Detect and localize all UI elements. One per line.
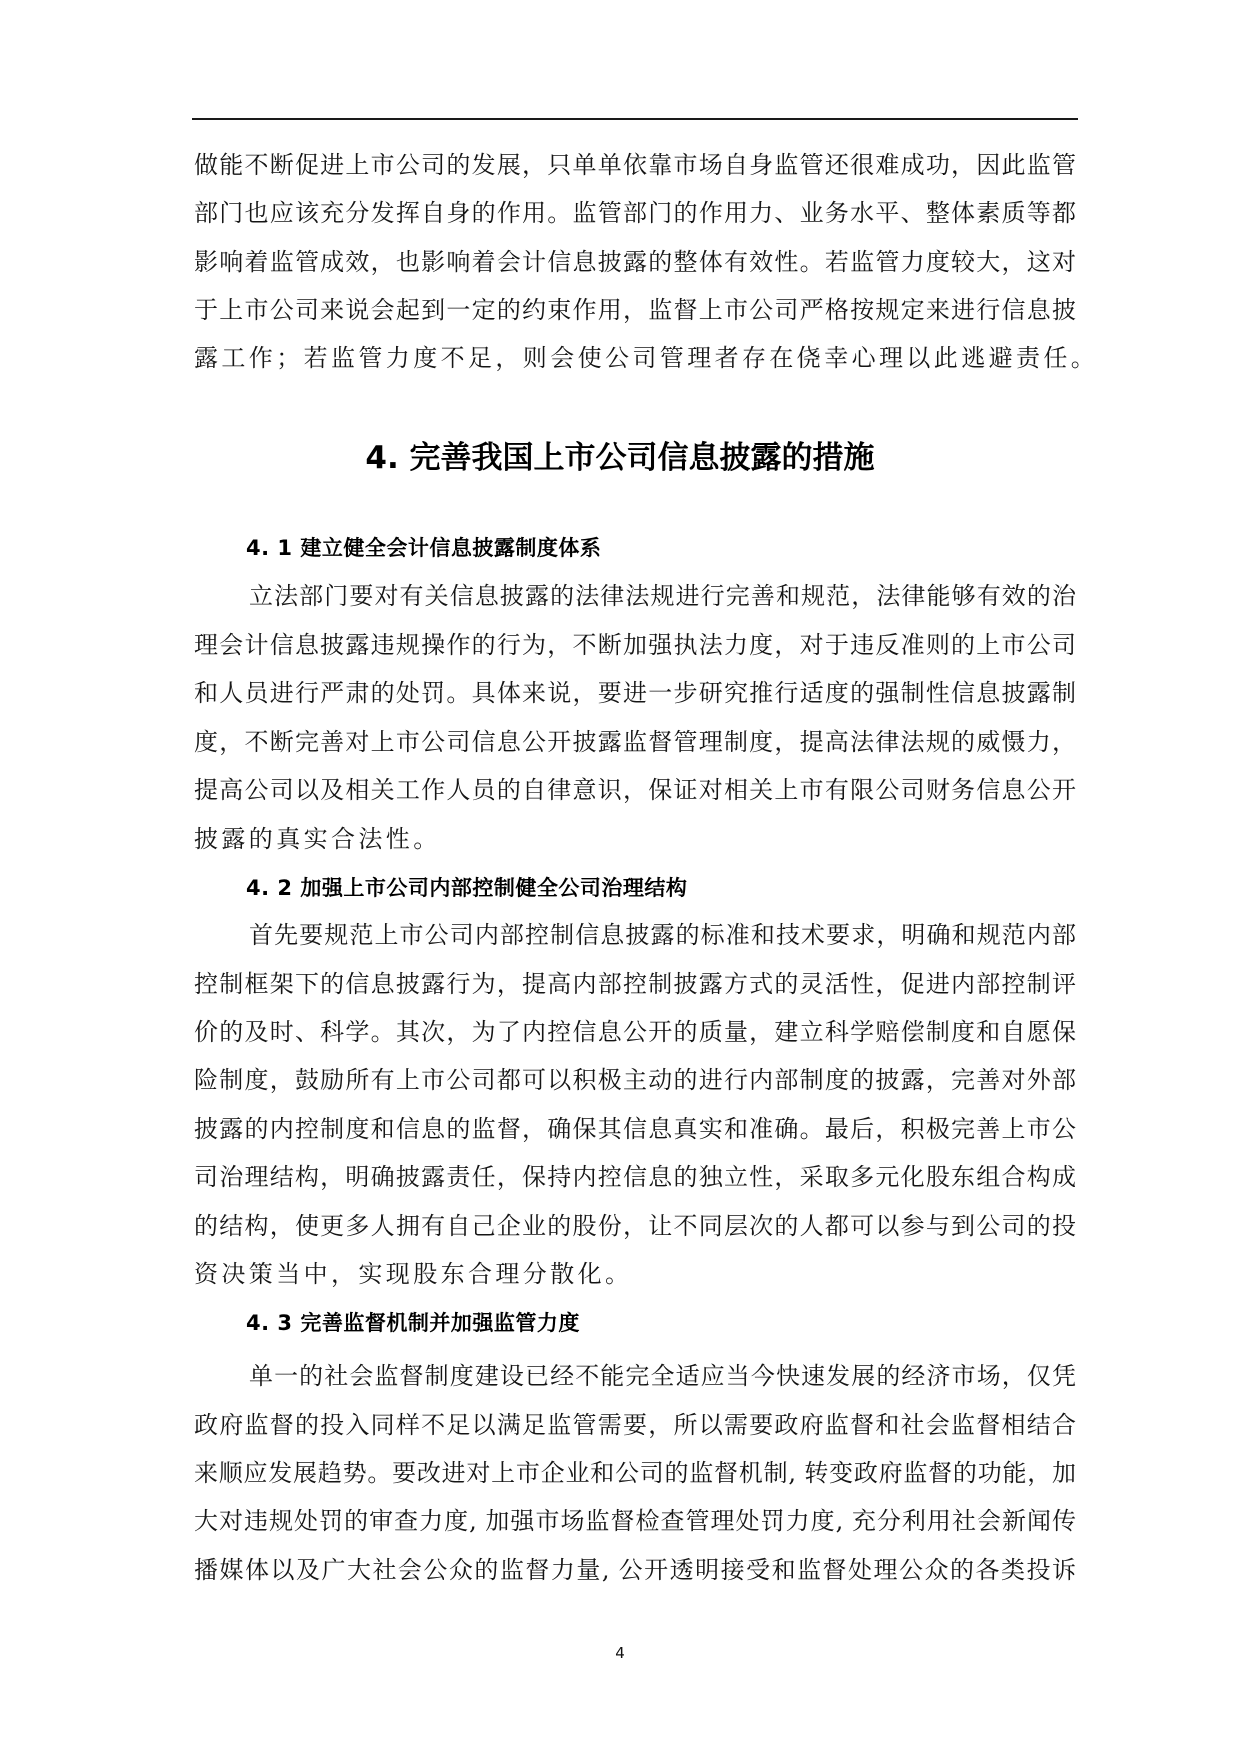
body-line: 度，不断完善对上市公司信息公开披露监督管理制度，提高法律法规的威慑力， [194,726,1076,758]
body-line: 理会计信息披露违规操作的行为，不断加强执法力度，对于违反准则的上市公司 [194,629,1076,661]
body-line: 立法部门要对有关信息披露的法律法规进行完善和规范，法律能够有效的治 [249,580,1076,612]
body-line: 首先要规范上市公司内部控制信息披露的标准和技术要求，明确和规范内部 [249,919,1076,951]
section-heading: 4. 2 加强上市公司内部控制健全公司治理结构 [246,873,687,903]
body-line: 来顺应发展趋势。要改进对上市企业和公司的监督机制, 转变政府监督的功能，加 [194,1457,1076,1489]
body-line: 和人员进行严肃的处罚。具体来说，要进一步研究推行适度的强制性信息披露制 [194,677,1076,709]
body-line: 播媒体以及广大社会公众的监督力量, 公开透明接受和监督处理公众的各类投诉 [194,1554,1076,1586]
body-line: 披露的内控制度和信息的监督，确保其信息真实和准确。最后，积极完善上市公 [194,1113,1076,1145]
body-line: 影响着监管成效，也影响着会计信息披露的整体有效性。若监管力度较大，这对 [194,246,1076,278]
body-line: 司治理结构，明确披露责任，保持内控信息的独立性，采取多元化股东组合构成 [194,1161,1076,1193]
body-line: 露工作；若监管力度不足，则会使公司管理者存在侥幸心理以此逃避责任。 [194,342,1098,374]
body-line: 于上市公司来说会起到一定的约束作用，监督上市公司严格按规定来进行信息披 [194,294,1076,326]
body-line: 价的及时、科学。其次，为了内控信息公开的质量，建立科学赔偿制度和自愿保 [194,1016,1076,1048]
header-rule [192,118,1078,120]
body-line: 部门也应该充分发挥自身的作用。监管部门的作用力、业务水平、整体素质等都 [194,197,1076,229]
body-line: 大对违规处罚的审查力度, 加强市场监督检查管理处罚力度, 充分利用社会新闻传 [194,1505,1076,1537]
body-line: 的结构，使更多人拥有自己企业的股份，让不同层次的人都可以参与到公司的投 [194,1210,1076,1242]
body-line: 做能不断促进上市公司的发展，只单单依靠市场自身监管还很难成功，因此监管 [194,149,1076,181]
body-line: 资决策当中，实现股东合理分散化。 [194,1258,632,1290]
body-line: 控制框架下的信息披露行为，提高内部控制披露方式的灵活性，促进内部控制评 [194,968,1076,1000]
body-line: 险制度，鼓励所有上市公司都可以积极主动的进行内部制度的披露，完善对外部 [194,1064,1076,1096]
page-number: 4 [0,1643,1240,1663]
chapter-heading: 4. 完善我国上市公司信息披露的措施 [0,438,1240,478]
body-line: 单一的社会监督制度建设已经不能完全适应当今快速发展的经济市场，仅凭 [249,1360,1076,1392]
section-heading: 4. 3 完善监督机制并加强监管力度 [246,1308,580,1338]
body-line: 披露的真实合法性。 [194,823,441,855]
body-line: 提高公司以及相关工作人员的自律意识，保证对相关上市有限公司财务信息公开 [194,774,1076,806]
section-heading: 4. 1 建立健全会计信息披露制度体系 [246,533,601,563]
body-line: 政府监督的投入同样不足以满足监管需要，所以需要政府监督和社会监督相结合 [194,1409,1076,1441]
